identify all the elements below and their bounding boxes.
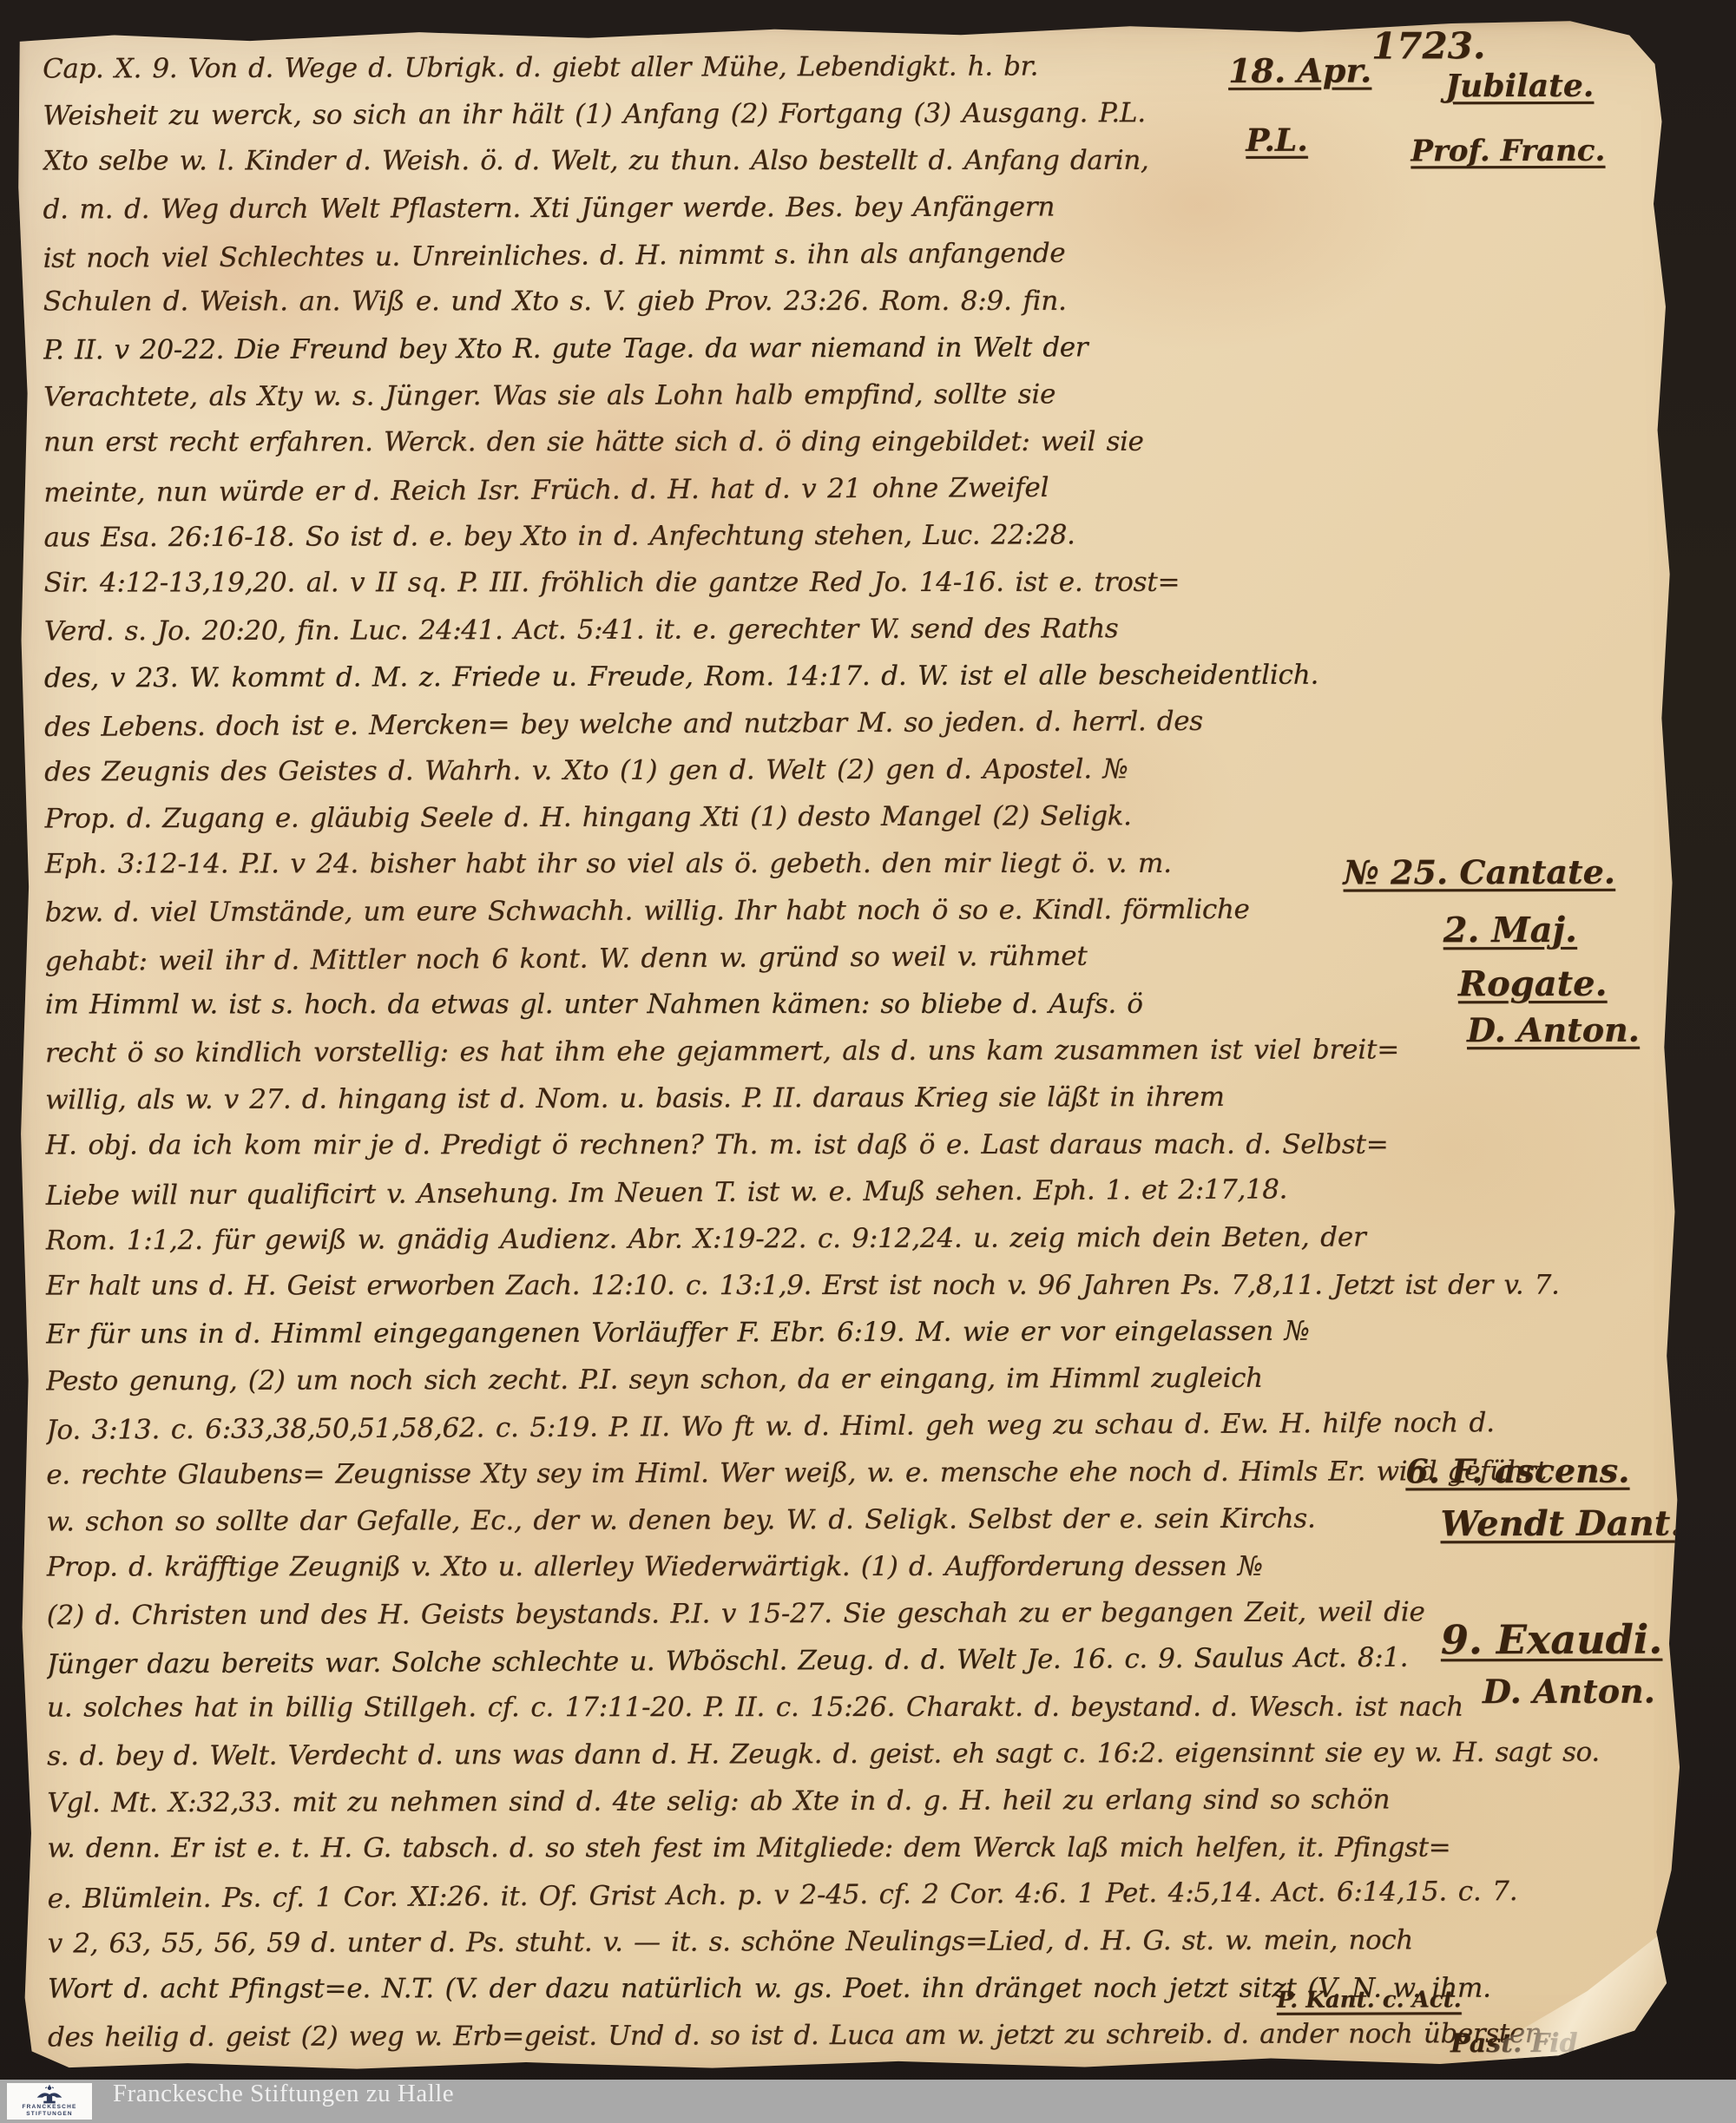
- eagle-sun-emblem-icon: [34, 2085, 65, 2104]
- manuscript-line: Er halt uns d. H. Geist erworben Zach. 1…: [46, 1262, 1678, 1310]
- manuscript-line: aus Esa. 26:16-18. So ist d. e. bey Xto …: [43, 510, 1675, 562]
- manuscript-line: Schulen d. Weish. an. Wiß e. und Xto s. …: [43, 278, 1675, 325]
- manuscript-line: Prop. d. kräfftige Zeugniß v. Xto u. all…: [47, 1543, 1679, 1591]
- manuscript-line: Prop. d. Zugang e. gläubig Seele d. H. h…: [44, 792, 1676, 843]
- margin-note-anton-1: D. Anton.: [1467, 1012, 1640, 1048]
- year-note: 1723.: [1371, 26, 1486, 67]
- logo-caption-line1: FRANCKESCHE: [22, 2104, 76, 2111]
- manuscript-line: e. Blümlein. Ps. cf. 1 Cor. XI:26. it. O…: [47, 1867, 1679, 1923]
- manuscript-line: ist noch viel Schlechtes u. Unreinliches…: [43, 227, 1674, 282]
- logo-caption-line2: STIFTUNGEN: [26, 2111, 73, 2118]
- manuscript-line: meinte, nun würde er d. Reich Isr. Früch…: [43, 461, 1675, 516]
- margin-note-ascension: 6. F. ascens.: [1405, 1453, 1629, 1489]
- date-note: 18. Apr.: [1228, 52, 1371, 89]
- margin-note-rogate: Rogate.: [1458, 965, 1608, 1003]
- manuscript-line: im Himml w. ist s. hoch. da etwas gl. un…: [45, 981, 1677, 1029]
- manuscript-line: Verd. s. Jo. 20:20, fin. Luc. 24:41. Act…: [44, 604, 1676, 655]
- manuscript-line: Liebe will nur qualificirt v. Ansehung. …: [45, 1164, 1677, 1219]
- margin-note-exaudi: 9. Exaudi.: [1441, 1618, 1663, 1662]
- manuscript-line: u. solches hat in billig Stillgeh. cf. c…: [47, 1684, 1679, 1732]
- manuscript-line: Rom. 1:1,2. für gewiß w. gnädig Audienz.…: [46, 1213, 1678, 1265]
- preacher-note: Prof. Franc.: [1410, 135, 1605, 168]
- manuscript-line: Jo. 3:13. c. 6:33,38,50,51,58,62. c. 5:1…: [46, 1398, 1678, 1454]
- franckesche-stiftungen-logo: FRANCKESCHE STIFTUNGEN: [7, 2083, 92, 2120]
- manuscript-line: Jünger dazu bereits war. Solche schlecht…: [47, 1633, 1679, 1688]
- margin-note-wendt: Wendt Dant.: [1440, 1505, 1682, 1544]
- manuscript-line: Verachtete, als Xty w. s. Jünger. Was si…: [43, 370, 1675, 421]
- margin-note-kantate: P. Kant. c. Act.: [1277, 1988, 1462, 2013]
- manuscript-line: des, v 23. W. kommt d. M. z. Friede u. F…: [44, 651, 1676, 702]
- scan-background: Cap. X. 9. Von d. Wege d. Ubrigk. d. gie…: [0, 0, 1736, 2123]
- manuscript-line: des Zeugnis des Geistes d. Wahrh. v. Xto…: [44, 745, 1676, 796]
- institution-title: Franckesche Stiftungen zu Halle: [113, 2080, 454, 2123]
- manuscript-line: nun erst recht erfahren. Werck. den sie …: [43, 418, 1675, 466]
- manuscript-line: bzw. d. viel Umstände, um eure Schwachh.…: [45, 885, 1677, 937]
- viewer-footer-bar: FRANCKESCHE STIFTUNGEN Franckesche Stift…: [0, 2080, 1736, 2123]
- manuscript-line: willig, als w. v 27. d. hingang ist d. N…: [45, 1073, 1677, 1124]
- manuscript-line: H. obj. da ich kom mir je d. Predigt ö r…: [45, 1121, 1677, 1169]
- manuscript-line: Er für uns in d. Himml eingegangenen Vor…: [46, 1307, 1678, 1358]
- manuscript-line: w. schon so sollte dar Gefalle, Ec., der…: [46, 1495, 1678, 1546]
- manuscript-line: P. II. v 20-22. Die Freund bey Xto R. gu…: [43, 323, 1675, 374]
- manuscript-line: gehabt: weil ihr d. Mittler noch 6 kont.…: [45, 930, 1677, 985]
- manuscript-page: Cap. X. 9. Von d. Wege d. Ubrigk. d. gie…: [13, 18, 1711, 2080]
- manuscript-line: des Lebens. doch ist e. Mercken= bey wel…: [44, 695, 1676, 751]
- margin-note-date-maj: 2. Maj.: [1443, 911, 1577, 950]
- manuscript-line: w. denn. Er ist e. t. H. G. tabsch. d. s…: [47, 1824, 1679, 1872]
- manuscript-line: Weisheit zu werck, so sich an ihr hält (…: [43, 89, 1674, 140]
- feast-note: Jubilate.: [1445, 69, 1594, 104]
- manuscript-line: (2) d. Christen und des H. Geists beysta…: [47, 1588, 1679, 1640]
- margin-note-anton-2: D. Anton.: [1483, 1673, 1655, 1710]
- manuscript-body: Cap. X. 9. Von d. Wege d. Ubrigk. d. gie…: [43, 42, 1680, 2061]
- manuscript-line: d. m. d. Weg durch Welt Pflastern. Xti J…: [43, 182, 1674, 233]
- manuscript-line: Pesto genung, (2) um noch sich zecht. P.…: [46, 1354, 1678, 1405]
- manuscript-line: recht ö so kindlich vorstellig: es hat i…: [45, 1026, 1677, 1077]
- manuscript-line: v 2, 63, 55, 56, 59 d. unter d. Ps. stuh…: [48, 1916, 1680, 1968]
- manuscript-line: des heilig d. geist (2) weg w. Erb=geist…: [48, 2010, 1680, 2061]
- manuscript-line: Sir. 4:12-13,19,20. al. v II sq. P. III.…: [44, 559, 1676, 607]
- abbrev-note: P.L.: [1246, 124, 1308, 159]
- manuscript-line: Vgl. Mt. X:32,33. mit zu nehmen sind d. …: [47, 1776, 1679, 1827]
- manuscript-line: s. d. bey d. Welt. Verdecht d. uns was d…: [47, 1729, 1679, 1780]
- margin-note-cantate: № 25. Cantate.: [1343, 854, 1615, 891]
